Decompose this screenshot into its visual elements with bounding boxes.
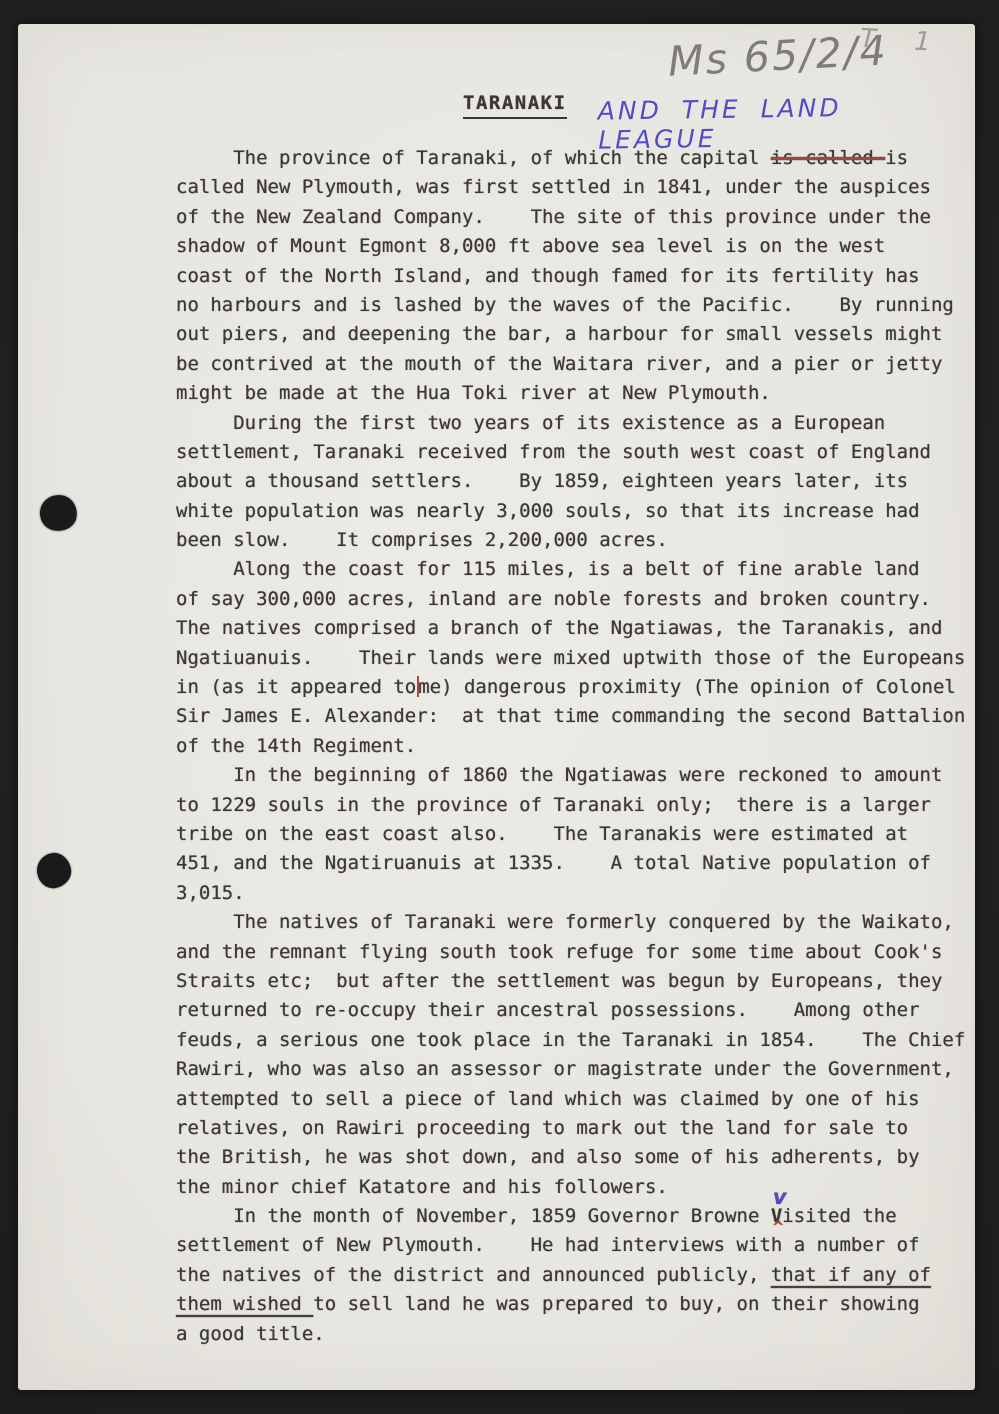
text-segment: Along the coast for 115 miles, is a belt…: [176, 558, 920, 580]
text-segment: Sir James E. Alexander: at that time com…: [176, 705, 965, 727]
text-segment: about a thousand settlers. By 1859, eigh…: [176, 470, 908, 492]
strikethrough-text: is called: [771, 147, 885, 169]
typed-line: settlement of New Plymouth. He had inter…: [176, 1231, 976, 1260]
text-segment: the British, he was shot down, and also …: [176, 1146, 920, 1168]
typed-line: been slow. It comprises 2,200,000 acres.: [176, 526, 976, 555]
text-segment: settlement of New Plymouth. He had inter…: [176, 1234, 920, 1256]
typed-line: The natives of Taranaki were formerly co…: [176, 908, 976, 937]
scan-background: Ms 65/2/4 T 1 TARANAKI AND THE LAND LEAG…: [0, 0, 999, 1414]
typed-line: tribe on the east coast also. The Tarana…: [176, 820, 976, 849]
typed-line: settlement, Taranaki received from the s…: [176, 438, 976, 467]
text-segment: returned to re-occupy their ancestral po…: [176, 999, 920, 1021]
typed-line: the British, he was shot down, and also …: [176, 1143, 976, 1172]
typed-line: about a thousand settlers. By 1859, eigh…: [176, 467, 976, 496]
text-segment: is: [885, 147, 908, 169]
typed-line: In the beginning of 1860 the Ngatiawas w…: [176, 761, 976, 790]
typed-line: of say 300,000 acres, inland are noble f…: [176, 585, 976, 614]
typed-line: of the New Zealand Company. The site of …: [176, 203, 976, 232]
typed-line: to 1229 souls in the province of Taranak…: [176, 791, 976, 820]
text-segment: Rawiri, who was also an assessor or magi…: [176, 1058, 954, 1080]
text-segment: be contrived at the mouth of the Waitara…: [176, 353, 942, 375]
text-segment: In the beginning of 1860 the Ngatiawas w…: [176, 764, 942, 786]
typed-line: returned to re-occupy their ancestral po…: [176, 996, 976, 1025]
text-segment: The province of Taranaki, of which the c…: [176, 147, 771, 169]
hole-punch-bottom: [35, 851, 74, 890]
text-segment: 451, and the Ngatiruanuis at 1335. A tot…: [176, 852, 931, 874]
page-title: TARANAKI: [463, 92, 567, 119]
document-page: Ms 65/2/4 T 1 TARANAKI AND THE LAND LEAG…: [18, 24, 975, 1390]
text-segment: The natives comprised a branch of the Ng…: [176, 617, 942, 639]
folio-reference-handwritten: T 1: [859, 24, 946, 58]
typed-line: Sir James E. Alexander: at that time com…: [176, 702, 976, 731]
text-segment: of say 300,000 acres, inland are noble f…: [176, 588, 931, 610]
typed-line: and the remnant flying south took refuge…: [176, 938, 976, 967]
typed-line: During the first two years of its existe…: [176, 409, 976, 438]
text-segment: During the first two years of its existe…: [176, 412, 885, 434]
corrected-letter: V: [771, 1205, 782, 1227]
text-segment: the minor chief Katatore and his followe…: [176, 1176, 668, 1198]
typed-line: Rawiri, who was also an assessor or magi…: [176, 1055, 976, 1084]
text-segment: no harbours and is lashed by the waves o…: [176, 294, 954, 316]
typed-line: be contrived at the mouth of the Waitara…: [176, 350, 976, 379]
typed-line: relatives, on Rawiri proceeding to mark …: [176, 1114, 976, 1143]
text-segment: 3,015.: [176, 882, 245, 904]
text-segment: coast of the North Island, and though fa…: [176, 265, 920, 287]
typed-line: them wished to sell land he was prepared…: [176, 1290, 976, 1319]
text-segment: called New Plymouth, was first settled i…: [176, 176, 931, 198]
typed-line: coast of the North Island, and though fa…: [176, 262, 976, 291]
text-segment: out piers, and deepening the bar, a harb…: [176, 323, 942, 345]
typed-line: shadow of Mount Egmont 8,000 ft above se…: [176, 232, 976, 261]
archive-reference-handwritten: Ms 65/2/4: [667, 26, 889, 85]
text-segment: of the 14th Regiment.: [176, 735, 416, 757]
typed-line: no harbours and is lashed by the waves o…: [176, 291, 976, 320]
typed-line: In the month of November, 1859 Governor …: [176, 1202, 976, 1231]
typed-line: feuds, a serious one took place in the T…: [176, 1026, 976, 1055]
typed-line: a good title.: [176, 1320, 976, 1349]
text-segment: the natives of the district and announce…: [176, 1264, 771, 1286]
text-segment: relatives, on Rawiri proceeding to mark …: [176, 1117, 908, 1139]
text-segment: feuds, a serious one took place in the T…: [176, 1029, 965, 1051]
hole-punch-top: [37, 492, 81, 535]
typed-line: white population was nearly 3,000 souls,…: [176, 497, 976, 526]
text-segment: and the remnant flying south took refuge…: [176, 941, 942, 963]
text-segment: might be made at the Hua Toki river at N…: [176, 382, 771, 404]
typed-line: might be made at the Hua Toki river at N…: [176, 379, 976, 408]
typed-line: 451, and the Ngatiruanuis at 1335. A tot…: [176, 849, 976, 878]
text-segment: me) dangerous proximity (The opinion of …: [418, 676, 956, 698]
text-segment: Ngatiuanuis. Their lands were mixed uptw…: [176, 647, 965, 669]
typed-line: called New Plymouth, was first settled i…: [176, 173, 976, 202]
text-segment: to sell land he was prepared to buy, on …: [313, 1293, 919, 1315]
typed-line: Along the coast for 115 miles, is a belt…: [176, 555, 976, 584]
text-segment: white population was nearly 3,000 souls,…: [176, 500, 920, 522]
text-segment: attempted to sell a piece of land which …: [176, 1088, 920, 1110]
text-segment: tribe on the east coast also. The Tarana…: [176, 823, 908, 845]
typed-line: the natives of the district and announce…: [176, 1261, 976, 1290]
underlined-text: that if any of: [771, 1264, 931, 1286]
text-segment: in (as it appeared to: [176, 676, 416, 698]
typed-line: 3,015.: [176, 879, 976, 908]
text-segment: a good title.: [176, 1323, 325, 1345]
typed-line: The natives comprised a branch of the Ng…: [176, 614, 976, 643]
text-segment: of the New Zealand Company. The site of …: [176, 206, 931, 228]
text-segment: shadow of Mount Egmont 8,000 ft above se…: [176, 235, 885, 257]
text-segment: Straits etc; but after the settlement wa…: [176, 970, 942, 992]
typed-line: out piers, and deepening the bar, a harb…: [176, 320, 976, 349]
typed-line: of the 14th Regiment.: [176, 732, 976, 761]
text-segment: isited the: [782, 1205, 896, 1227]
typed-line: attempted to sell a piece of land which …: [176, 1085, 976, 1114]
typed-line: Straits etc; but after the settlement wa…: [176, 967, 976, 996]
text-segment: In the month of November, 1859 Governor …: [176, 1205, 771, 1227]
typed-line: Ngatiuanuis. Their lands were mixed uptw…: [176, 644, 976, 673]
typed-body: The province of Taranaki, of which the c…: [176, 144, 976, 1349]
typed-line: in (as it appeared tome) dangerous proxi…: [176, 673, 976, 702]
text-segment: settlement, Taranaki received from the s…: [176, 441, 931, 463]
underlined-text: them wished: [176, 1293, 313, 1315]
typed-line: The province of Taranaki, of which the c…: [176, 144, 976, 173]
typed-line: the minor chief Katatore and his followe…: [176, 1173, 976, 1202]
text-segment: been slow. It comprises 2,200,000 acres.: [176, 529, 668, 551]
text-segment: The natives of Taranaki were formerly co…: [176, 911, 954, 933]
text-segment: to 1229 souls in the province of Taranak…: [176, 794, 931, 816]
